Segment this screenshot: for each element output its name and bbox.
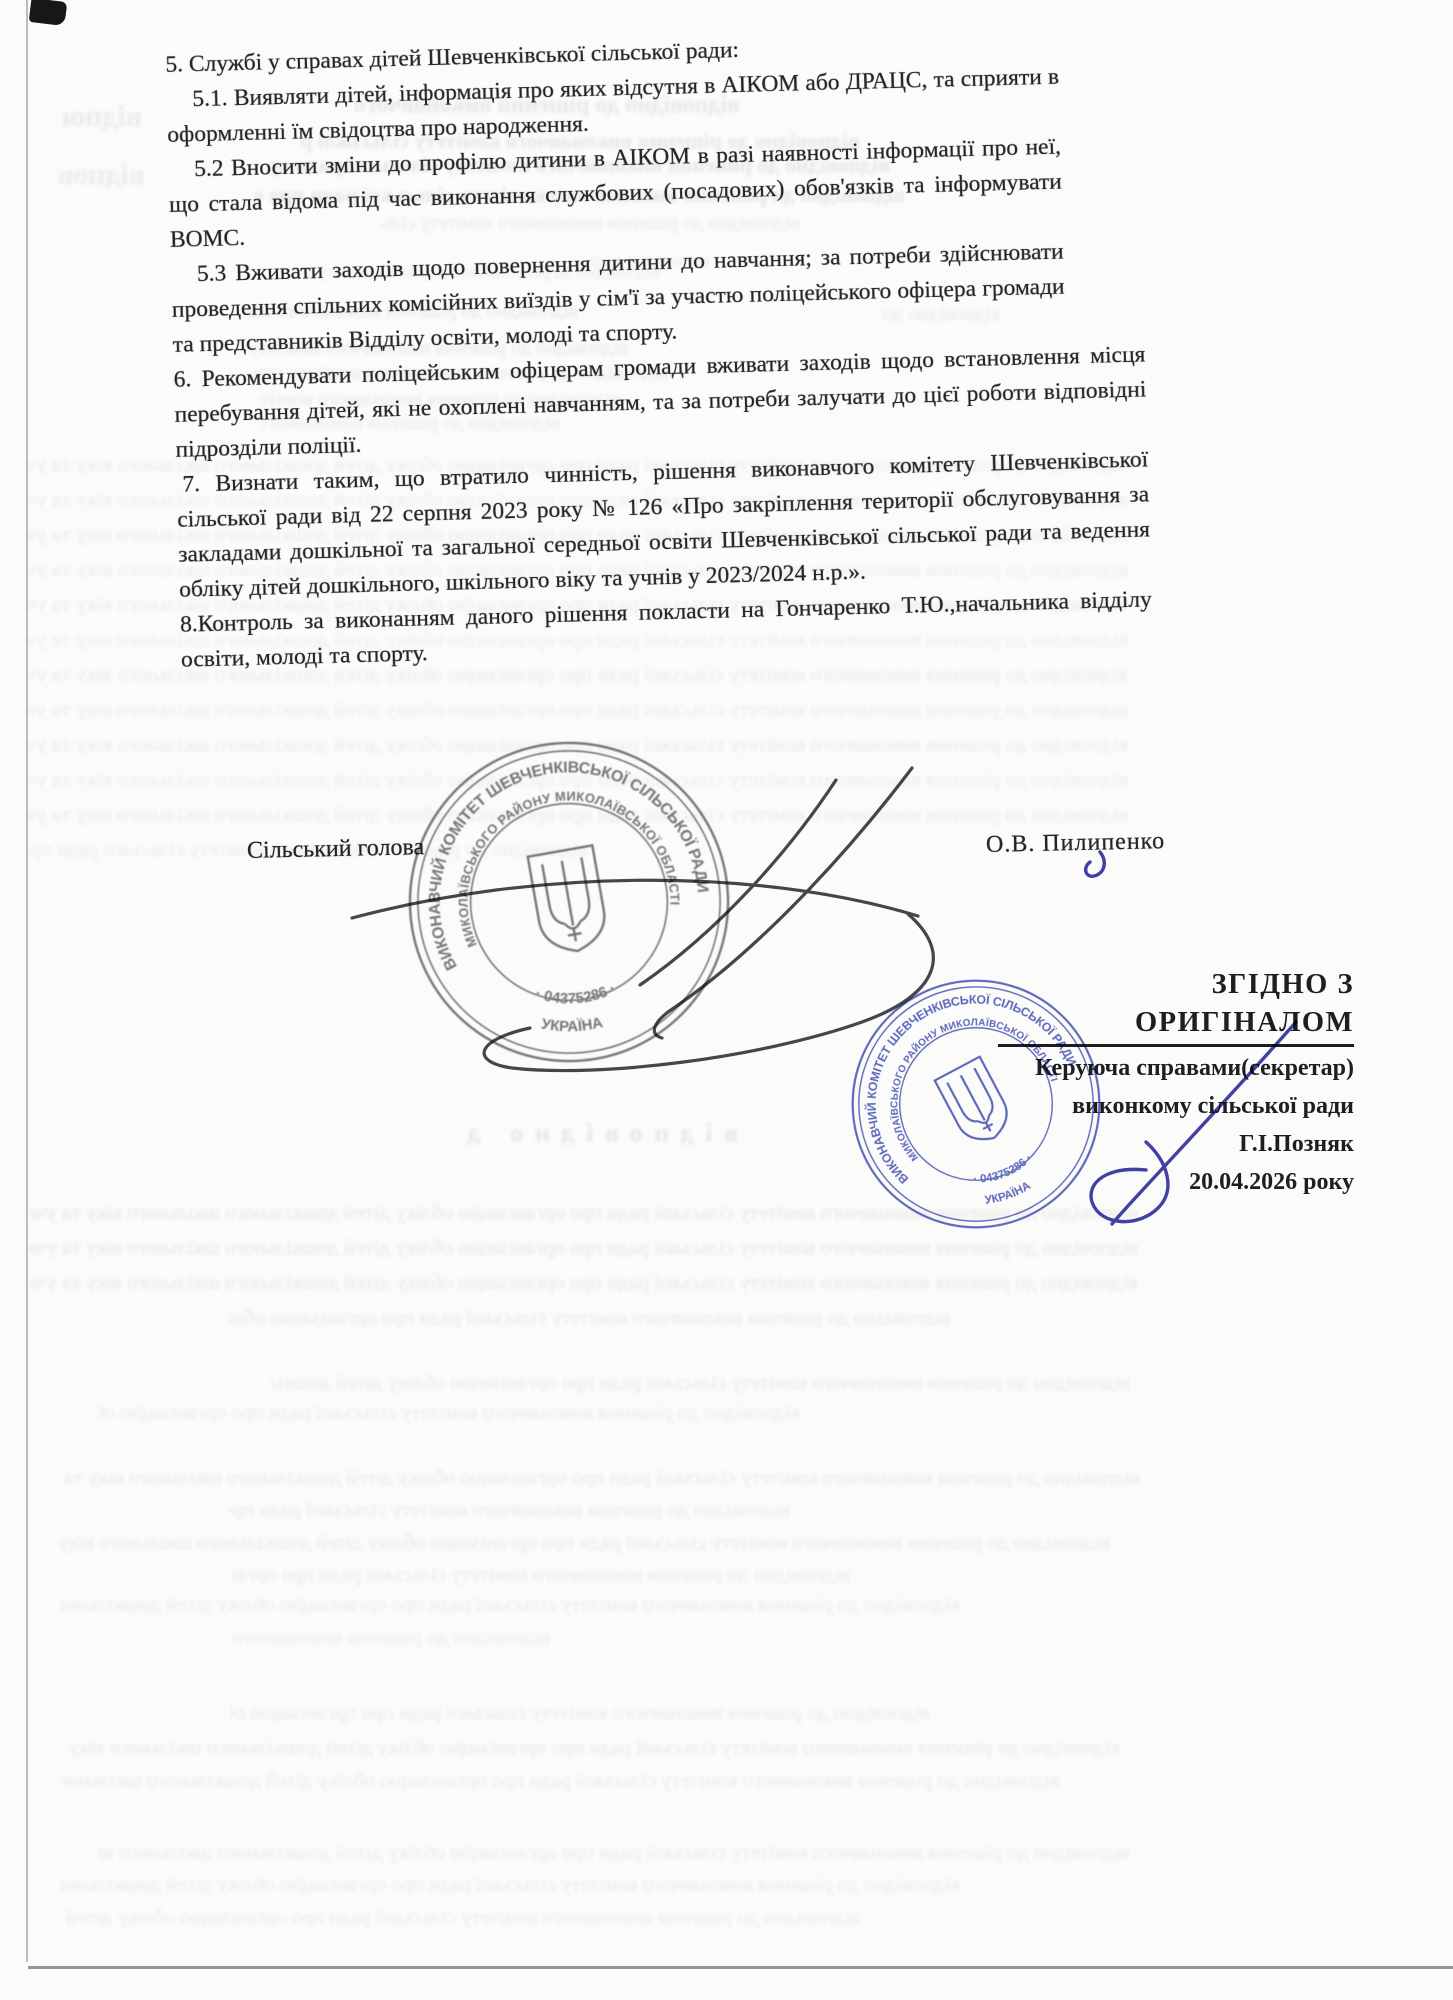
handwritten-signatures: [0, 0, 1453, 2000]
mayor-signature-ink: [352, 768, 933, 1071]
secretary-signature-ink: [1086, 852, 1296, 1224]
scanned-document-page: відповідно до рішення виконавчого коміте…: [0, 0, 1453, 2000]
